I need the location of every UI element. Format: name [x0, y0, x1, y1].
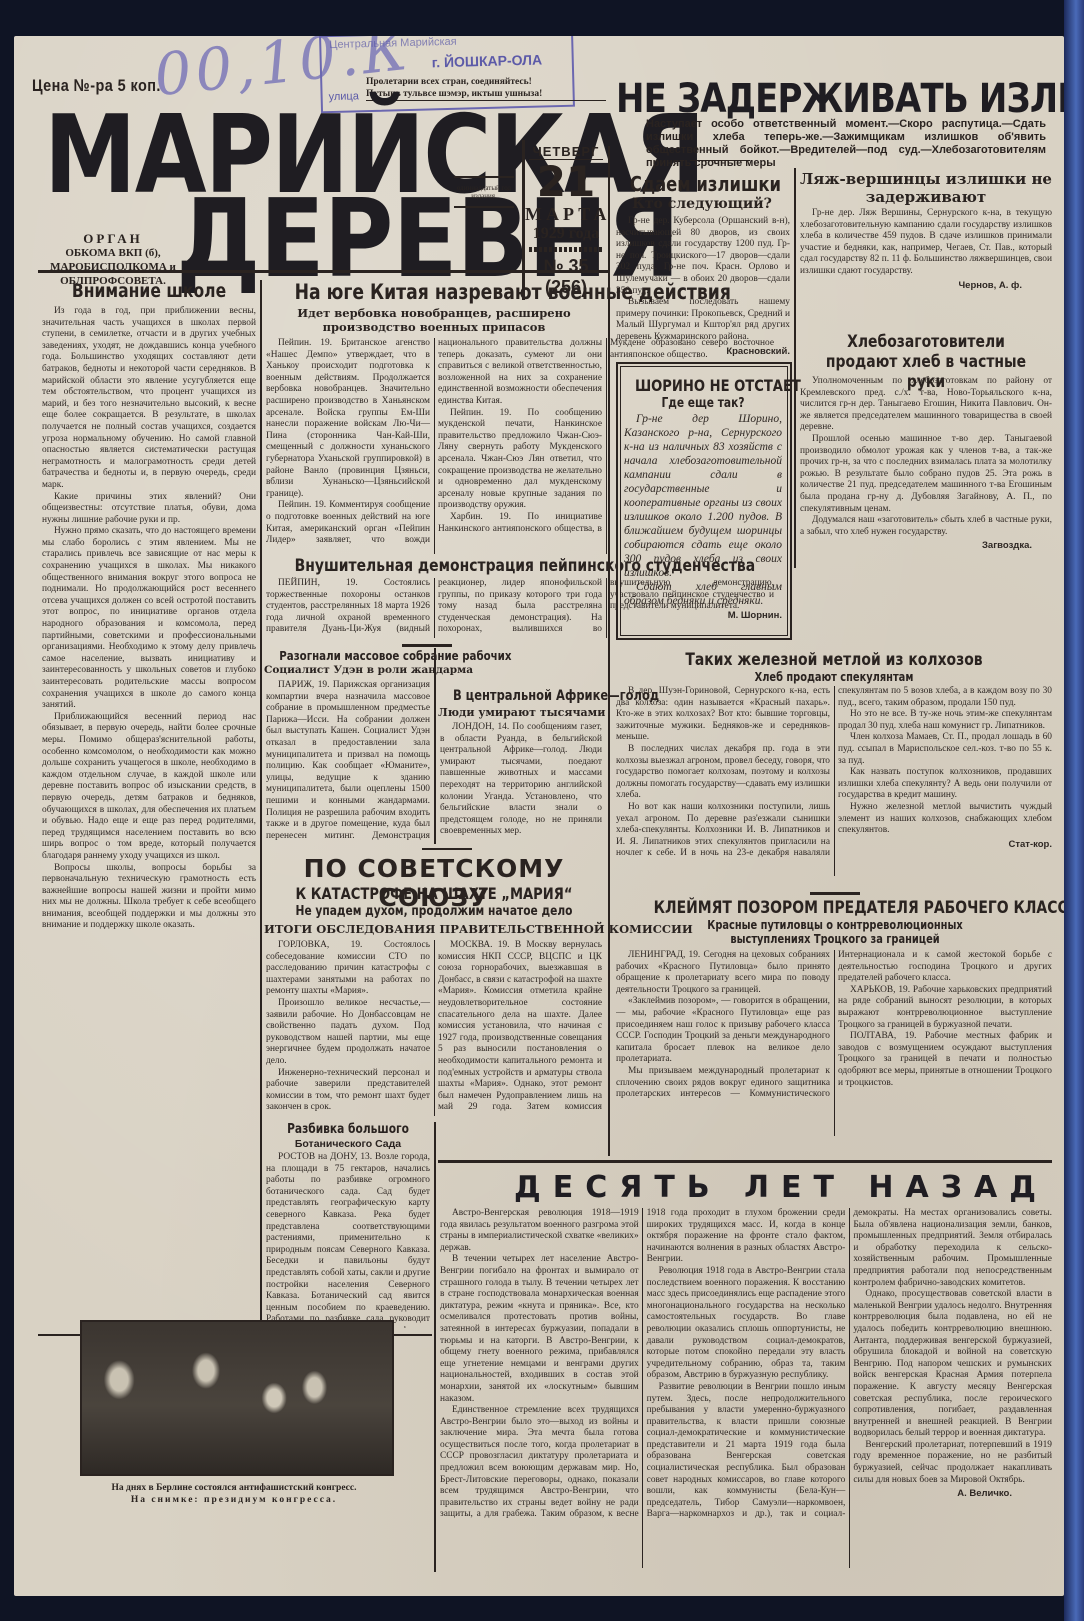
article-body-kolkhoz: В дер. Шуэн-Гориновой, Сернурского к-на,… — [616, 686, 1052, 876]
congress-photo — [80, 1320, 394, 1476]
organ-line: ОБКОМА ВКП (б), — [38, 246, 188, 260]
article-deck: ИТОГИ ОБСЛЕДОВАНИЯ ПРАВИТЕЛЬСТВЕННОЙ КОМ… — [264, 922, 604, 936]
paragraph: Из года в год, при приближении весны, зн… — [42, 306, 256, 492]
column-rule — [434, 1122, 436, 1572]
column-rule — [608, 146, 610, 1156]
article-subtitle-paris: Социалист Удэн в роли жандарма — [264, 664, 434, 676]
article-body-china: Пейпин. 19. Британское агенство «Нашес Д… — [266, 338, 602, 554]
paragraph: Додумался наш «заготовитель» сбыть хлеб … — [800, 515, 1052, 538]
article-kicker: Не упадем духом, продолжим начатое дело — [295, 904, 574, 919]
year: 1929 года — [525, 225, 607, 243]
article-title-ten-years: ДЕСЯТЬ ЛЕТ НАЗАД — [514, 1170, 1048, 1205]
paragraph: Гр-не дер. Ляж Вершины, Сернурского к-на… — [800, 208, 1052, 278]
paragraph: В дер. Шуэн-Гориновой, Сернурского к-на,… — [616, 686, 830, 744]
lead-subhead: Наступает особо ответственный момент.—Ск… — [646, 118, 1046, 170]
article-subtitle-mariya: К КАТАСТРОФЕ НА ШАХТЕ „МАРИЯ“ — [295, 884, 574, 903]
article-subtitle-china: Идет вербовка новобранцев, расширено про… — [266, 306, 602, 334]
paragraph: Как назвать поступок колхозников, продав… — [838, 767, 1052, 802]
divider — [422, 848, 472, 850]
paragraph: Однако, просуществовав советской власти … — [853, 1289, 1052, 1440]
article-title-kolkhoz: Таких железной метлой из колхозов — [654, 650, 1015, 670]
paragraph: Прошлой осенью машинное т-во дер. Таныга… — [800, 434, 1052, 515]
photo-caption: На днях в Берлине состоялся антифашистск… — [54, 1482, 414, 1506]
signature: А. Величко. — [853, 1488, 1012, 1499]
month: МАРТА — [525, 204, 607, 225]
scanner-edge — [1064, 0, 1084, 1621]
article-title-school: Внимание школе — [61, 280, 236, 302]
article-subtitle-botanic: Ботанического Сада — [266, 1138, 430, 1150]
paragraph: Венгерский пролетариат, потерпевший в 19… — [853, 1440, 1052, 1486]
date-box: ЧЕТВЕРГ 21 МАРТА 1929 года № 35 (256) — [522, 140, 607, 300]
paragraph: ЛОНДОН, 14. По сообщениям газет, в облас… — [440, 722, 602, 838]
column-rule — [260, 280, 262, 1336]
paragraph: Приближающийся весенний период нас обязы… — [42, 712, 256, 863]
column-rule — [434, 648, 436, 844]
newspaper-page: 00,10.К Центральная Марийская г. ЙОШКАР-… — [14, 36, 1064, 1596]
paragraph: МОСКВА. 19. В Москву вернулась комиссия … — [438, 940, 602, 1116]
article-subtitle-shorino: Где еще так? — [635, 396, 771, 411]
article-subtitle-kleimyat: Красные путиловцы о контрреволюционных в… — [675, 918, 995, 946]
section-rule — [438, 1160, 1052, 1163]
article-title-botanic: Разбивка большого — [281, 1122, 415, 1137]
day: 21 — [525, 160, 607, 204]
paragraph: РОСТОВ на ДОНУ, 13. Возле города, на пло… — [266, 1152, 430, 1328]
paragraph: Уполномоченным по хлебозаготовкам по рай… — [800, 376, 1052, 434]
paragraph: В течении четырех лет население Австро-В… — [440, 1254, 639, 1405]
article-body-khlebozag: Уполномоченным по хлебозаготовкам по рай… — [800, 376, 1052, 551]
article-body-shorino: Гр-не дер Шорино, Казанского р-на, Серну… — [624, 412, 782, 621]
article-body-sdaem: Гр-не дер. Куберсола (Оршанский в-н), на… — [616, 216, 790, 357]
paragraph: «Заклеймив позором», — говорится в обращ… — [616, 996, 830, 1066]
divider — [402, 644, 452, 647]
stamp-line: Центральная Марийская — [329, 36, 457, 51]
paragraph: ПОЛТАВА, 19. Рабочие местных фабрик и за… — [838, 1031, 1052, 1089]
lead-headline: НЕ ЗАДЕРЖИВАТЬ ИЗЛИШКИ — [616, 76, 1064, 122]
article-subtitle-kolkhoz: Хлеб продают спекулянтам — [654, 670, 1015, 684]
article-subtitle-sdaem: Кто следующий? — [614, 196, 790, 212]
signature: Стат-кор. — [838, 839, 1052, 850]
paragraph: Революция 1918 года в Австро-Венгрии ста… — [647, 1266, 846, 1382]
article-body-school: Из года в год, при приближении весны, зн… — [42, 306, 256, 932]
year-note-line: одиннадцатый год — [454, 184, 514, 192]
paragraph: Нужно железной метлой вычистить чуждый э… — [838, 802, 1052, 837]
divider — [690, 160, 750, 161]
publication-year-note: одиннадцатый год издания. — [454, 176, 514, 208]
paragraph: Вызываем последовать нашему примеру почи… — [616, 297, 790, 343]
paragraph: Нужно прямо сказать, что до настоящего в… — [42, 526, 256, 712]
article-title-shorino: ШОРИНО НЕ ОТСТАЕТ — [635, 376, 771, 395]
paragraph: Гр-не дер. Куберсола (Оршанский в-н), на… — [616, 216, 790, 297]
organ-label: ОРГАН — [38, 232, 188, 246]
column-rule — [794, 168, 796, 568]
article-body-paris: ПАРИЖ, 19. Парижская организация компарт… — [266, 680, 430, 840]
paragraph: Какие причины этих явлений? Они общеизве… — [42, 492, 256, 527]
paragraph: ХАРЬКОВ, 19. Рабочие харьковских предпри… — [838, 985, 1052, 1031]
divider — [810, 892, 860, 895]
article-title-china: На юге Китая назревают военные действия — [295, 280, 574, 304]
date-divider — [529, 247, 603, 252]
article-body-africa: ЛОНДОН, 14. По сообщениям газет, в облас… — [440, 722, 602, 842]
paragraph: Инженерно-технический персонал и рабочие… — [266, 1068, 430, 1114]
paragraph: Но это не все. В ту-же ночь этим-же спек… — [838, 709, 1052, 732]
year-note-line: издания. — [454, 192, 514, 200]
caption-line: На снимке: президиум конгресса. — [54, 1494, 414, 1506]
article-title-kleimyat: КЛЕЙМЯТ ПОЗОРОМ ПРЕДАТЕЛЯ РАБОЧЕГО КЛАСС… — [654, 898, 1015, 918]
article-title-paris: Разогнали массовое собрание рабочих — [279, 648, 418, 663]
signature: М. Шорнин. — [624, 610, 782, 621]
article-title-lyazh: Ляж-вершинцы излишки не задерживают — [798, 170, 1054, 206]
stamp-city: г. ЙОШКАР-ОЛА — [432, 52, 543, 71]
article-title-peiping: Внушительная демонстрация пейпинского ст… — [295, 556, 574, 576]
signature: Загвоздка. — [800, 540, 1032, 551]
paragraph: Член колхоза Мамаев, Ст. П., продал лоша… — [838, 732, 1052, 767]
caption-line: На днях в Берлине состоялся антифашистск… — [54, 1482, 414, 1494]
article-body-mariya: ГОРЛОВКА, 19. Состоялось собеседование к… — [266, 940, 602, 1116]
signature: Красновский. — [616, 346, 790, 357]
paragraph: Пейпин. 19. По сообщению мукденской печа… — [438, 408, 602, 512]
masthead-rule — [38, 270, 608, 273]
article-title-sdaem: Сдаем излишки — [630, 172, 774, 196]
paragraph: ПАРИЖ, 19. Парижская организация компарт… — [266, 680, 430, 840]
paragraph: Австро-Венгерская революция 1918—1919 го… — [440, 1208, 639, 1254]
article-subtitle-africa: Люди умирают тысячами — [438, 706, 604, 719]
paragraph: ЛЕНИНГРАД, 19. Сегодня на цеховых собран… — [616, 950, 830, 996]
paragraph: Гр-не дер Шорино, Казанского р-на, Серну… — [624, 412, 782, 580]
article-body-lyazh: Гр-не дер. Ляж Вершины, Сернурского к-на… — [800, 208, 1052, 291]
article-body-kleimyat: ЛЕНИНГРАД, 19. Сегодня на цеховых собран… — [616, 950, 1052, 1136]
paragraph: Пейпин. 19. Британское агенство «Нашес Д… — [266, 338, 430, 500]
article-body-ten-years: Австро-Венгерская революция 1918—1919 го… — [440, 1208, 1052, 1568]
article-body-peiping: ПЕЙПИН, 19. Состоялись торжественные пох… — [266, 578, 602, 638]
article-body-botanic: РОСТОВ на ДОНУ, 13. Возле города, на пло… — [266, 1152, 430, 1328]
motto-russian: Пролетарии всех стран, соединяйтесь! — [366, 76, 606, 88]
paragraph: ГОРЛОВКА, 19. Состоялось собеседование к… — [266, 940, 430, 998]
paragraph: Произошло великое несчастье,—заявили раб… — [266, 998, 430, 1068]
article-title-africa: В центральной Африке—голод — [453, 688, 589, 704]
paragraph: В последних числах декабря пр. года в эт… — [616, 744, 830, 802]
signature: Чернов, А. ф. — [800, 280, 1022, 291]
paragraph: Сдают хлеб главным образом бедняки и сре… — [624, 580, 782, 608]
paragraph: Вопросы школы, вопросы борьбы за первона… — [42, 863, 256, 933]
